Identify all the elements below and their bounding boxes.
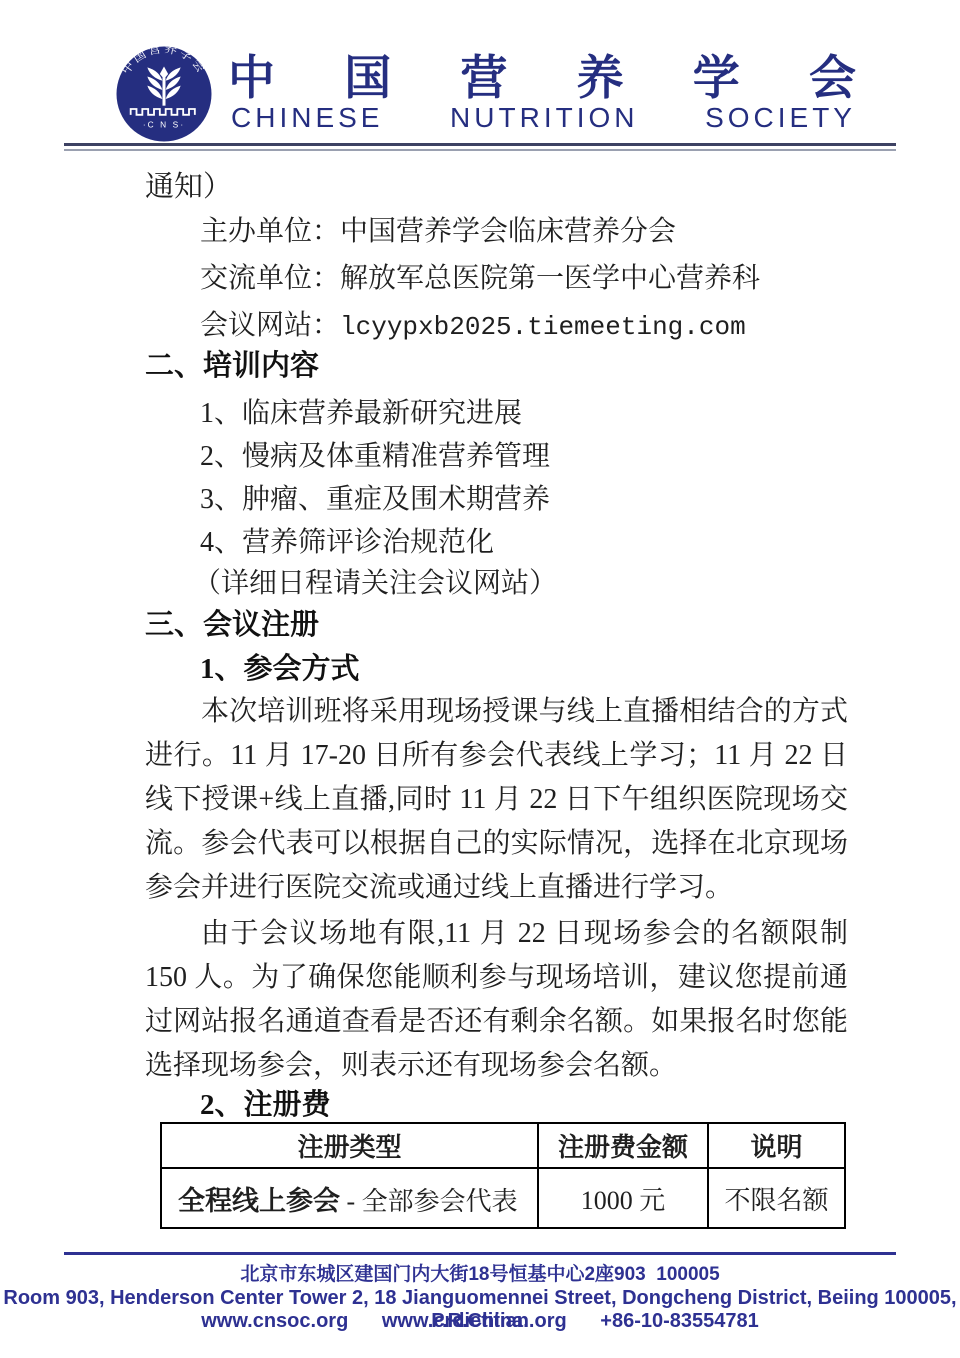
- info-label: 交流单位：: [200, 263, 340, 294]
- title-word: SOCIETY: [705, 104, 856, 132]
- notice-tail-line: 通知）: [145, 171, 232, 204]
- training-item: 3、肿瘤、重症及围术期营养: [200, 484, 550, 516]
- conference-website-url: lcyypxb2025.tiemeeting.com: [340, 312, 746, 342]
- title-char: 学: [693, 54, 740, 101]
- footer-contacts: www.cnsoc.org www.crdietitian.org +86-10…: [0, 1310, 960, 1333]
- section-heading-training-content: 二、培训内容: [145, 351, 319, 383]
- training-item: 1、临床营养最新研究进展: [200, 398, 522, 430]
- column-header-fee-amount: 注册费金额: [538, 1123, 708, 1168]
- subheading-registration-fee: 2、注册费: [200, 1090, 331, 1122]
- brand-title-cn: 中 国 营 养 学 会: [228, 54, 856, 101]
- footer-website-cnsoc: www.cnsoc.org: [201, 1310, 348, 1333]
- title-word: CHINESE: [231, 104, 383, 132]
- title-char: 会: [809, 54, 856, 101]
- fee-table: 注册类型 注册费金额 说明 全程线上参会 - 全部参会代表 1000 元 不限名…: [160, 1122, 846, 1229]
- cell-registration-type: 全程线上参会 - 全部参会代表: [161, 1168, 538, 1228]
- info-label: 主办单位：: [200, 216, 340, 247]
- registration-type-name: 全程线上参会: [178, 1186, 340, 1216]
- section-heading-registration: 三、会议注册: [145, 610, 319, 642]
- cell-note: 不限名额: [708, 1168, 845, 1228]
- title-char: 中: [228, 54, 275, 101]
- title-char: 国: [344, 54, 391, 101]
- info-line-website: 会议网站：lcyypxb2025.tiemeeting.com: [200, 310, 746, 343]
- info-line-organizer: 主办单位：中国营养学会临床营养分会: [200, 216, 676, 248]
- footer-address-cn: 北京市东城区建国门内大街18号恒基中心2座903 100005: [0, 1264, 960, 1286]
- title-char: 养: [577, 54, 624, 101]
- logo-acronym: ·C N S·: [143, 119, 185, 129]
- header-rule-thick: [64, 143, 896, 146]
- footer-rule: [64, 1252, 896, 1255]
- footer-phone: +86-10-83554781: [600, 1310, 758, 1333]
- column-header-note: 说明: [708, 1123, 845, 1168]
- document-page: 中国营养学会 ·C N S· 中 国 营 养 学 会 CHINESE NUTRI…: [0, 0, 960, 1358]
- info-line-exchange-unit: 交流单位：解放军总医院第一医学中心营养科: [200, 263, 760, 295]
- registration-type-detail: - 全部参会代表: [340, 1187, 518, 1216]
- cell-fee-amount: 1000 元: [538, 1168, 708, 1228]
- info-value: 中国营养学会临床营养分会: [340, 216, 676, 247]
- info-label: 会议网站：: [200, 310, 340, 341]
- cns-logo: 中国营养学会 ·C N S·: [114, 44, 214, 144]
- training-item: 2、慢病及体重精准营养管理: [200, 441, 550, 473]
- subheading-participation-method: 1、参会方式: [200, 654, 360, 686]
- title-word: NUTRITION: [450, 104, 638, 132]
- training-item: 4、营养筛评诊治规范化: [200, 527, 494, 559]
- header-rule-thin: [64, 149, 896, 151]
- fee-table-header-row: 注册类型 注册费金额 说明: [161, 1123, 845, 1168]
- brand-title-en: CHINESE NUTRITION SOCIETY: [231, 104, 856, 132]
- fee-table-row: 全程线上参会 - 全部参会代表 1000 元 不限名额: [161, 1168, 845, 1228]
- training-schedule-note: （详细日程请关注会议网站）: [193, 568, 557, 600]
- title-char: 营: [460, 54, 507, 101]
- footer-website-crdietitian: www.crdietitian.org: [382, 1310, 567, 1333]
- info-value: 解放军总医院第一医学中心营养科: [340, 263, 760, 294]
- participation-paragraph-2: 由于会议场地有限,11 月 22 日现场参会的名额限制 150 人。为了确保您能…: [145, 912, 848, 1088]
- participation-paragraph-1: 本次培训班将采用现场授课与线上直播相结合的方式进行。11 月 17-20 日所有…: [145, 690, 848, 910]
- column-header-registration-type: 注册类型: [161, 1123, 538, 1168]
